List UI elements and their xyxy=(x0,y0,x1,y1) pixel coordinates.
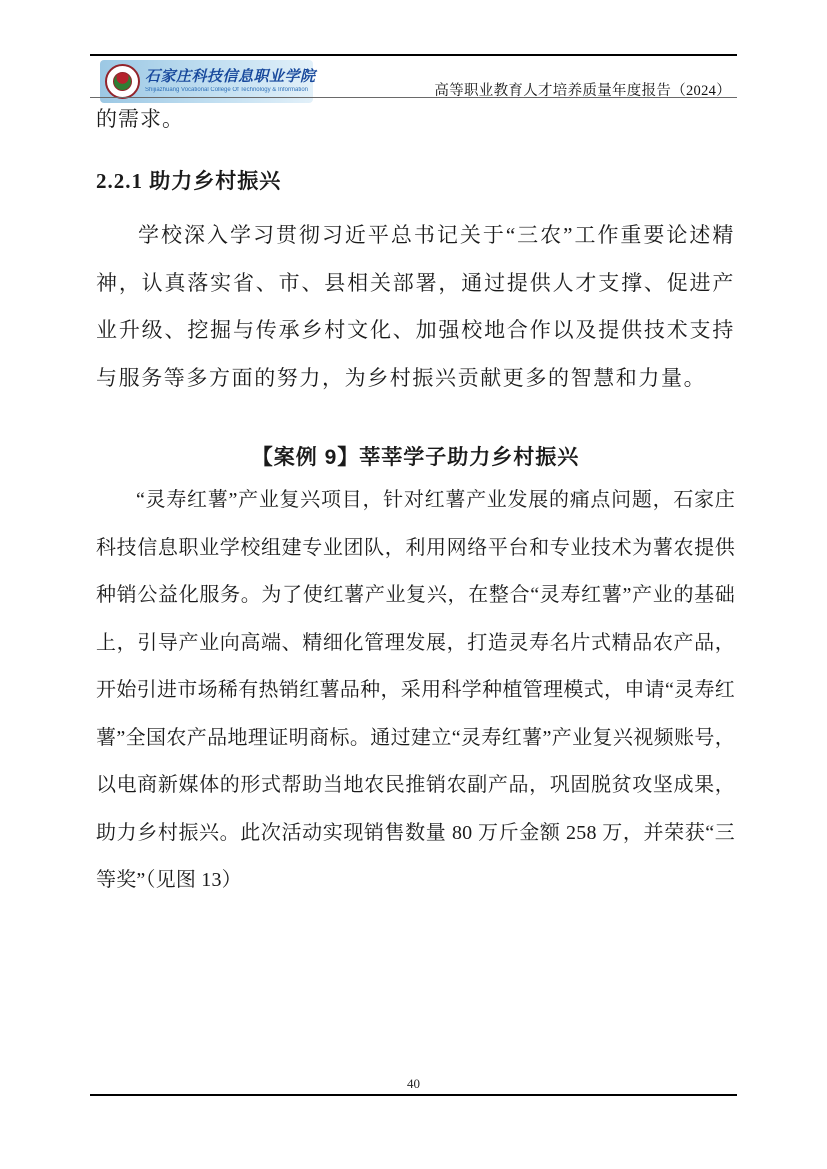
page-number: 40 xyxy=(0,1076,827,1092)
case-9-heading: 【案例 9】莘莘学子助力乡村振兴 xyxy=(96,441,735,471)
carryover-text: 的需求。 xyxy=(96,103,184,133)
college-name-en: Shijiazhuang Vocational College Of Techn… xyxy=(145,87,308,94)
emblem-core-icon xyxy=(113,72,132,91)
college-name-cn: 石家庄科技信息职业学院 xyxy=(145,69,308,86)
document-page: 石家庄科技信息职业学院 Shijiazhuang Vocational Coll… xyxy=(0,0,827,1169)
header-bottom-rule xyxy=(90,97,737,98)
intro-paragraph: 学校深入学习贯彻习近平总书记关于“三农”工作重要论述精神，认真落实省、市、县相关… xyxy=(96,212,735,402)
header-top-rule xyxy=(90,54,737,56)
logo-text-block: 石家庄科技信息职业学院 Shijiazhuang Vocational Coll… xyxy=(145,69,308,93)
case-9-paragraph: “灵寿红薯”产业复兴项目，针对红薯产业发展的痛点问题，石家庄科技信息职业学校组建… xyxy=(96,477,735,905)
college-emblem-icon xyxy=(105,64,140,99)
section-heading-2-2-1: 2.2.1 助力乡村振兴 xyxy=(96,165,281,195)
footer-rule xyxy=(90,1094,737,1096)
